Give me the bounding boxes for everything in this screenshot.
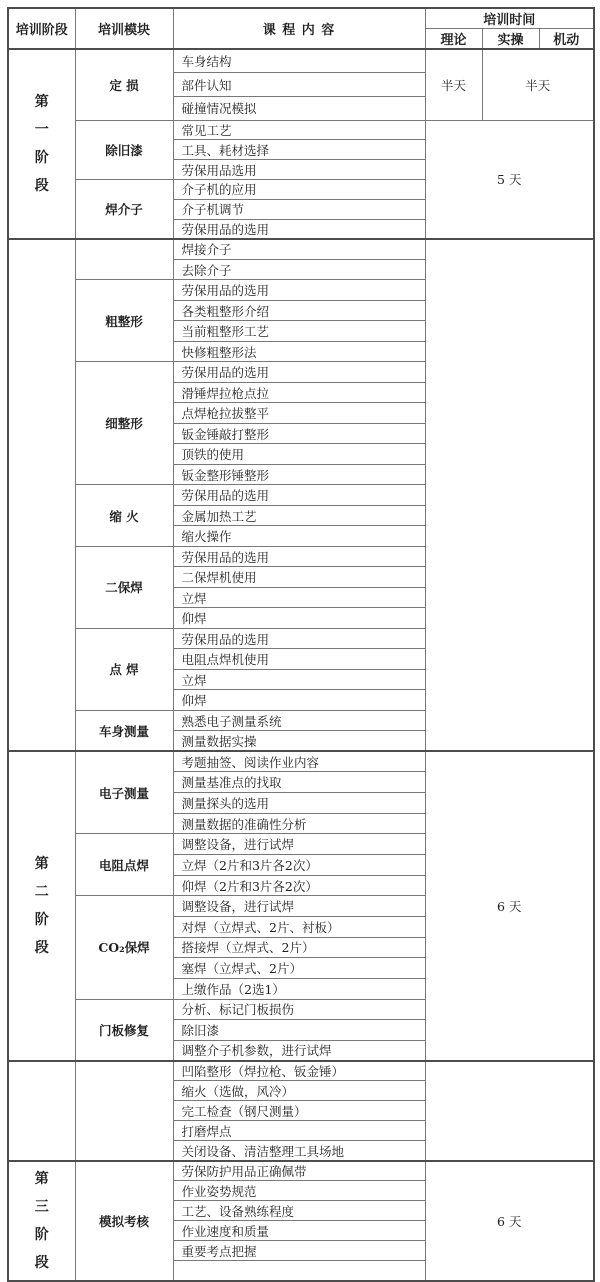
phase-label xyxy=(8,1061,75,1161)
course-item: 分析、标记门板损伤 xyxy=(173,999,425,1020)
course-item: 劳保用品的选用 xyxy=(173,628,425,649)
module-name: 粗整形 xyxy=(75,280,173,362)
course-item: 立焊（2片和3片各2次） xyxy=(173,855,425,876)
module-name: 模拟考核 xyxy=(75,1161,173,1281)
course-item: 仰焊 xyxy=(173,608,425,629)
phase-section-2: 焊接介子去除介子粗整形劳保用品的选用各类粗整形介绍当前粗整形工艺快修粗整形法细整… xyxy=(8,239,594,752)
header-theory: 理论 xyxy=(425,29,482,50)
course-item: 电阻点焊机使用 xyxy=(173,649,425,670)
module-name: 二保焊 xyxy=(75,546,173,628)
module-name: 点 焊 xyxy=(75,628,173,710)
course-item: 部件认知 xyxy=(173,73,425,97)
course-item: 劳保用品的选用 xyxy=(173,362,425,383)
course-item: 介子机的应用 xyxy=(173,179,425,199)
course-item: 顶铁的使用 xyxy=(173,444,425,465)
document-page: 培训阶段 培训模块 课 程 内 容 培训时间 理论 实操 机动 第一阶段定 损车… xyxy=(0,0,600,1282)
course-item: 上缴作品（2选1） xyxy=(173,978,425,999)
course-item: 塞焊（立焊式、2片） xyxy=(173,958,425,979)
course-item: 劳保防护用品正确佩带 xyxy=(173,1161,425,1181)
phase-label xyxy=(8,239,75,752)
course-item: 工具、耗材选择 xyxy=(173,140,425,160)
time-value: 6 天 xyxy=(425,1161,594,1281)
time-value: 5 天 xyxy=(425,120,594,239)
course-item: 重要考点把握 xyxy=(173,1241,425,1261)
course-item: 快修粗整形法 xyxy=(173,341,425,362)
course-item: 劳保用品的选用 xyxy=(173,280,425,301)
course-item: 作业速度和质量 xyxy=(173,1221,425,1241)
course-item: 测量数据实操 xyxy=(173,731,425,752)
table-row: 除旧漆常见工艺5 天 xyxy=(8,120,594,140)
phase-section-3: 第二阶段电子测量考题抽签、阅读作业内容6 天测量基准点的找取测量探头的选用测量数… xyxy=(8,751,594,1061)
time-value xyxy=(425,239,594,752)
course-item: 调整介子机参数，进行试焊 xyxy=(173,1040,425,1061)
course-item: 除旧漆 xyxy=(173,1020,425,1041)
header-flexible: 机动 xyxy=(539,29,594,50)
course-item: 焊接介子 xyxy=(173,239,425,260)
course-item: 仰焊（2片和3片各2次） xyxy=(173,875,425,896)
course-item: 调整设备，进行试焊 xyxy=(173,834,425,855)
module-name: 除旧漆 xyxy=(75,120,173,179)
time-value: 半天 xyxy=(425,49,482,120)
phase-label: 第二阶段 xyxy=(8,751,75,1061)
table-row: 凹陷整形（焊拉枪、钣金锤） xyxy=(8,1061,594,1081)
module-name: 电子测量 xyxy=(75,751,173,834)
time-value: 6 天 xyxy=(425,751,594,1061)
course-item: 钣金整形锤整形 xyxy=(173,464,425,485)
module-name: 定 损 xyxy=(75,49,173,120)
course-item: 完工检查（钢尺测量） xyxy=(173,1101,425,1121)
course-item: 仰焊 xyxy=(173,690,425,711)
course-item: 钣金锤敲打整形 xyxy=(173,423,425,444)
course-item: 金属加热工艺 xyxy=(173,505,425,526)
course-item: 搭接焊（立焊式、2片） xyxy=(173,937,425,958)
header-practice: 实操 xyxy=(482,29,539,50)
module-name xyxy=(75,239,173,280)
course-item: 测量探头的选用 xyxy=(173,793,425,814)
course-item: 熟悉电子测量系统 xyxy=(173,710,425,731)
course-item: 作业姿势规范 xyxy=(173,1181,425,1201)
course-item: 凹陷整形（焊拉枪、钣金锤） xyxy=(173,1061,425,1081)
header-training-time: 培训时间 xyxy=(425,8,594,29)
course-item: 当前粗整形工艺 xyxy=(173,321,425,342)
module-name: 缩 火 xyxy=(75,485,173,547)
course-item: 工艺、设备熟练程度 xyxy=(173,1201,425,1221)
header-course-content: 课 程 内 容 xyxy=(173,8,425,49)
course-item xyxy=(173,1261,425,1281)
table-header: 培训阶段 培训模块 课 程 内 容 培训时间 理论 实操 机动 xyxy=(8,8,594,49)
course-item: 关闭设备、清洁整理工具场地 xyxy=(173,1141,425,1161)
course-item: 调整设备，进行试焊 xyxy=(173,896,425,917)
course-item: 常见工艺 xyxy=(173,120,425,140)
table-row: 第三阶段模拟考核劳保防护用品正确佩带6 天 xyxy=(8,1161,594,1181)
module-name: 焊介子 xyxy=(75,179,173,238)
time-value: 半天 xyxy=(482,49,594,120)
table-row: 焊接介子 xyxy=(8,239,594,260)
course-item: 缩火（选做，风冷） xyxy=(173,1081,425,1101)
header-phase: 培训阶段 xyxy=(8,8,75,49)
course-item: 测量基准点的找取 xyxy=(173,772,425,793)
table-row: 第二阶段电子测量考题抽签、阅读作业内容6 天 xyxy=(8,751,594,772)
training-schedule-table: 培训阶段 培训模块 课 程 内 容 培训时间 理论 实操 机动 第一阶段定 损车… xyxy=(7,7,595,1282)
course-item: 立焊 xyxy=(173,587,425,608)
course-item: 考题抽签、阅读作业内容 xyxy=(173,751,425,772)
header-module: 培训模块 xyxy=(75,8,173,49)
course-item: 打磨焊点 xyxy=(173,1121,425,1141)
course-item: 点焊枪拉拔整平 xyxy=(173,403,425,424)
module-name: 电阻点焊 xyxy=(75,834,173,896)
course-item: 各类粗整形介绍 xyxy=(173,300,425,321)
phase-label: 第三阶段 xyxy=(8,1161,75,1281)
module-name xyxy=(75,1061,173,1161)
module-name: CO₂保焊 xyxy=(75,896,173,999)
course-item: 测量数据的准确性分析 xyxy=(173,813,425,834)
course-item: 劳保用品选用 xyxy=(173,160,425,180)
module-name: 门板修复 xyxy=(75,999,173,1061)
course-item: 劳保用品的选用 xyxy=(173,219,425,239)
time-value xyxy=(425,1061,594,1161)
course-item: 缩火操作 xyxy=(173,526,425,547)
phase-label-text: 第二阶段 xyxy=(34,850,50,962)
phase-label: 第一阶段 xyxy=(8,49,75,239)
course-item: 劳保用品的选用 xyxy=(173,485,425,506)
phase-section-4: 凹陷整形（焊拉枪、钣金锤）缩火（选做，风冷）完工检查（钢尺测量）打磨焊点关闭设备… xyxy=(8,1061,594,1161)
table-row: 第一阶段定 损车身结构半天半天 xyxy=(8,49,594,73)
module-name: 细整形 xyxy=(75,362,173,485)
phase-label-text: 第三阶段 xyxy=(34,1165,50,1277)
course-item: 劳保用品的选用 xyxy=(173,546,425,567)
phase-label-text: 第一阶段 xyxy=(34,88,50,200)
course-item: 滑锤焊拉枪点拉 xyxy=(173,382,425,403)
course-item: 二保焊机使用 xyxy=(173,567,425,588)
phase-section-5: 第三阶段模拟考核劳保防护用品正确佩带6 天作业姿势规范工艺、设备熟练程度作业速度… xyxy=(8,1161,594,1281)
course-item: 对焊（立焊式、2片、衬板） xyxy=(173,916,425,937)
course-item: 立焊 xyxy=(173,669,425,690)
module-name: 车身测量 xyxy=(75,710,173,751)
course-item: 去除介子 xyxy=(173,259,425,280)
course-item: 车身结构 xyxy=(173,49,425,73)
phase-section-1: 第一阶段定 损车身结构半天半天部件认知碰撞情况模拟除旧漆常见工艺5 天工具、耗材… xyxy=(8,49,594,239)
course-item: 碰撞情况模拟 xyxy=(173,96,425,120)
course-item: 介子机调节 xyxy=(173,199,425,219)
